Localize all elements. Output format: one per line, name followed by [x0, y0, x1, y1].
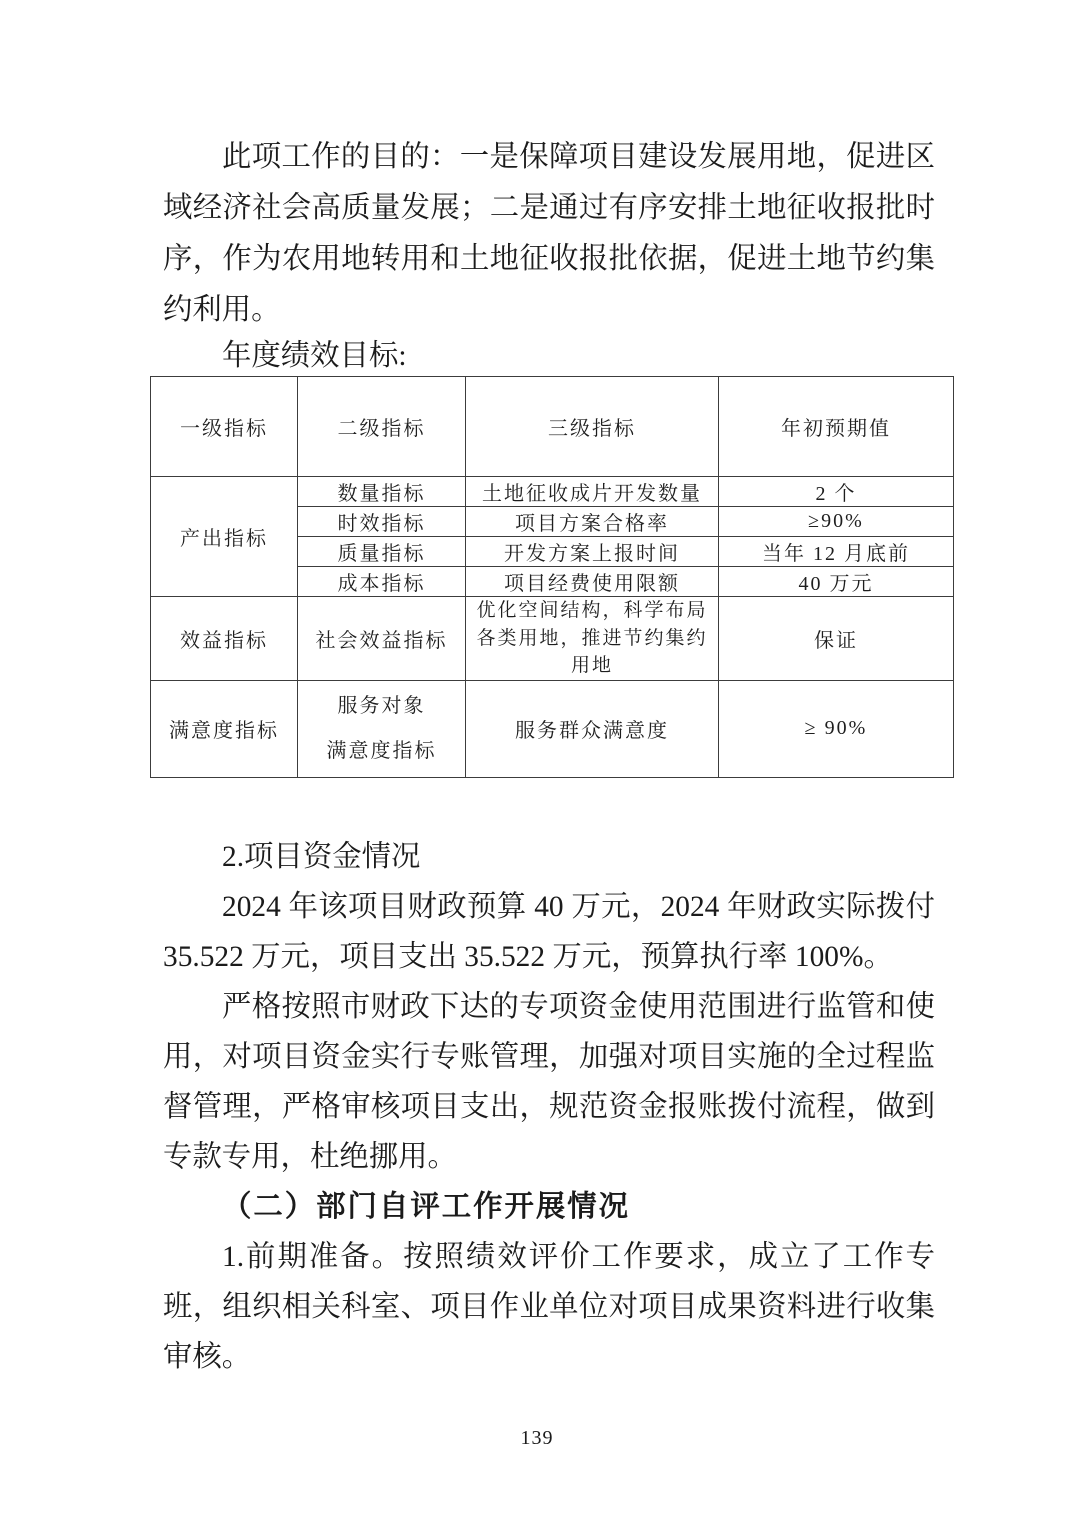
section-heading-self-evaluation: （二）部门自评工作开展情况	[163, 1182, 935, 1232]
paragraph-preparation: 1.前期准备。按照绩效评价工作要求，成立了工作专班，组织相关科室、项目作业单位对…	[163, 1232, 935, 1382]
cell-level3: 项目方案合格率	[466, 507, 719, 537]
cell-target: ≥ 90%	[719, 680, 954, 777]
table-row: 效益指标 社会效益指标 优化空间结构，科学布局各类用地，推进节约集约用地 保证	[151, 597, 954, 681]
table-row: 产出指标 数量指标 土地征收成片开发数量 2 个	[151, 477, 954, 507]
cell-level2: 成本指标	[298, 567, 466, 597]
cell-target: 保证	[719, 597, 954, 681]
cell-level2: 时效指标	[298, 507, 466, 537]
header-cell-target: 年初预期值	[719, 377, 954, 477]
cell-level1-benefit: 效益指标	[151, 597, 298, 681]
cell-level1-output: 产出指标	[151, 477, 298, 597]
cell-level3: 开发方案上报时间	[466, 537, 719, 567]
document-page: 此项工作的目的：一是保障项目建设发展用地，促进区域经济社会高质量发展；二是通过有…	[0, 0, 1074, 1520]
table-header-row: 一级指标 二级指标 三级指标 年初预期值	[151, 377, 954, 477]
cell-level3: 土地征收成片开发数量	[466, 477, 719, 507]
header-cell-level1: 一级指标	[151, 377, 298, 477]
header-cell-level2: 二级指标	[298, 377, 466, 477]
cell-target: 当年 12 月底前	[719, 537, 954, 567]
paragraph-intro: 此项工作的目的：一是保障项目建设发展用地，促进区域经济社会高质量发展；二是通过有…	[163, 132, 935, 336]
cell-level2: 服务对象 满意度指标	[298, 680, 466, 777]
paragraph-funding: 2024 年该项目财政预算 40 万元，2024 年财政实际拨付 35.522 …	[163, 882, 935, 982]
cell-level2: 数量指标	[298, 477, 466, 507]
cell-level2: 社会效益指标	[298, 597, 466, 681]
cell-target: ≥90%	[719, 507, 954, 537]
cell-level3: 优化空间结构，科学布局各类用地，推进节约集约用地	[466, 597, 719, 681]
cell-level3: 服务群众满意度	[466, 680, 719, 777]
performance-targets-table: 一级指标 二级指标 三级指标 年初预期值 产出指标 数量指标 土地征收成片开发数…	[150, 376, 954, 778]
cell-target: 2 个	[719, 477, 954, 507]
paragraph-supervision: 严格按照市财政下达的专项资金使用范围进行监管和使用，对项目资金实行专账管理，加强…	[163, 982, 935, 1182]
cell-level3: 项目经费使用限额	[466, 567, 719, 597]
cell-level2: 质量指标	[298, 537, 466, 567]
page-number: 139	[0, 1427, 1074, 1450]
table-row: 满意度指标 服务对象 满意度指标 服务群众满意度 ≥ 90%	[151, 680, 954, 777]
section-heading-funding: 2.项目资金情况	[163, 832, 935, 882]
cell-level1-satisfaction: 满意度指标	[151, 680, 298, 777]
cell-target: 40 万元	[719, 567, 954, 597]
table-title: 年度绩效目标:	[163, 336, 935, 376]
header-cell-level3: 三级指标	[466, 377, 719, 477]
